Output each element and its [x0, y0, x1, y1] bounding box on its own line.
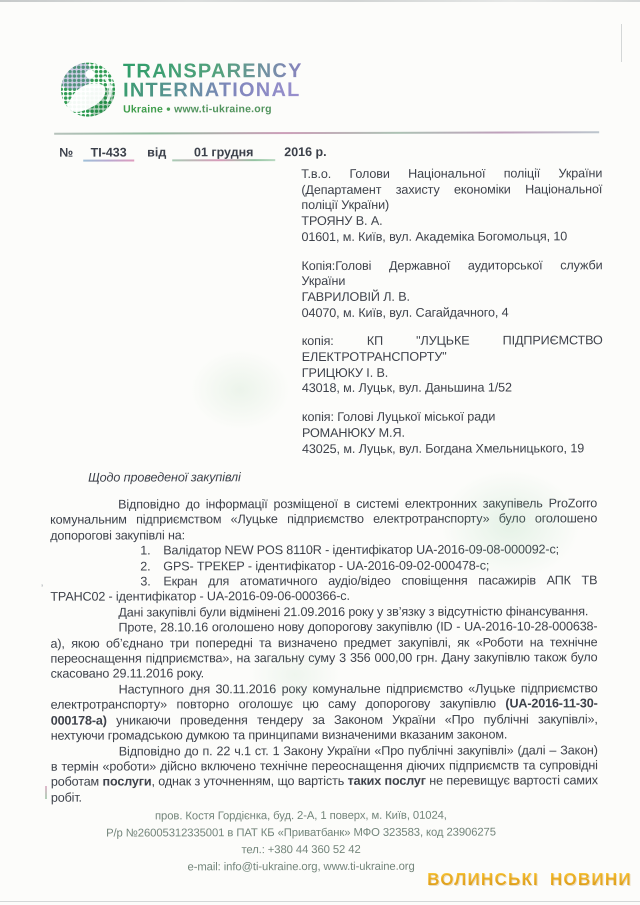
- scan-edge-artifact: [0, 901, 640, 902]
- org-tagline: Ukraine●www.ti-ukraine.org: [123, 103, 303, 115]
- recipient-line: копія: КП "ЛУЦЬКЕ ПІДПРИЄМСТВО: [302, 334, 603, 350]
- ref-date-value: 01 грудня: [172, 145, 275, 161]
- recipient-line: ЕЛЕКТРОТРАНСПОРТУ": [302, 349, 603, 365]
- recipient-block: копія: КП "ЛУЦЬКЕ ПІДПРИЄМСТВОЕЛЕКТРОТРА…: [302, 334, 603, 398]
- list-number: 2.: [95, 559, 163, 575]
- recipient-line: (Департамент захисту економіки Національ…: [301, 182, 602, 198]
- list-item: 3.Екран для атоматичного аудіо/відео спо…: [50, 573, 597, 605]
- org-country: Ukraine: [123, 103, 163, 115]
- body-paragraph: Проте, 28.10.16 оголошено нову допорогов…: [50, 620, 597, 683]
- scan-edge-artifact: [621, 24, 622, 62]
- list-item: 1.Валідатор NEW POS 8110R - ідентифікато…: [50, 542, 597, 559]
- letterhead: TRANSPARENCY INTERNATIONAL Ukraine●www.t…: [59, 60, 303, 119]
- recipient-line: копія: Голові Луцької міської ради: [302, 409, 603, 425]
- recipient-line: 43025, м. Луцьк, вул. Богдана Хмельницьк…: [302, 441, 603, 457]
- recipient-line: 04070, м. Київ, вул. Сагайдачного, 4: [302, 305, 603, 321]
- letterhead-divider: [54, 131, 599, 134]
- news-site-watermark: ВОЛИНСЬКІ НОВИНИ: [427, 869, 632, 890]
- list-item: 2.GPS- ТРЕКЕР - ідентифікатор - UA-2016-…: [50, 558, 597, 575]
- recipients: Т.в.о. Голови Національної поліції Украї…: [301, 166, 603, 470]
- recipient-block: Т.в.о. Голови Національної поліції Украї…: [301, 166, 602, 245]
- body-paragraph: Наступного дня 30.11.2016 року комунальн…: [51, 681, 598, 744]
- ref-number-symbol: №: [59, 146, 73, 160]
- recipient-line: Копія:Голові Державної аудиторської служ…: [301, 258, 602, 274]
- recipient-line: Т.в.о. Голови Національної поліції Украї…: [301, 166, 602, 182]
- recipient-line: ТРОЯНУ В. А.: [301, 213, 602, 229]
- recipient-block: Копія:Голові Державної аудиторської служ…: [301, 258, 602, 322]
- ref-line: №TI-433від01 грудня2016 р.: [59, 145, 326, 162]
- ref-year-suffix: 2016 р.: [284, 145, 326, 159]
- scan-speck-artifact: ʼ: [41, 584, 43, 595]
- bullet-separator-icon: ●: [163, 104, 174, 113]
- body-paragraph: Відповідно до п. 22 ч.1 ст. 1 Закону Укр…: [51, 743, 598, 806]
- footer-line: Р/р №26005312335001 в ПАТ КБ «Приватбанк…: [21, 824, 581, 842]
- scanned-letter-page: TRANSPARENCY INTERNATIONAL Ukraine●www.t…: [0, 0, 640, 905]
- list-number: 1.: [95, 544, 163, 560]
- recipient-line: поліції України): [301, 198, 602, 214]
- recipient-line: ГАВРИЛОВІЙ Л. В.: [302, 289, 603, 305]
- list-number: 3.: [95, 574, 163, 590]
- org-name-block: TRANSPARENCY INTERNATIONAL Ukraine●www.t…: [123, 60, 303, 115]
- recipient-line: 43018, м. Луцьк, вул. Даньшина 1/52: [302, 381, 603, 397]
- scan-speck-artifact: [45, 786, 47, 799]
- recipient-block: копія: Голові Луцької міської радиРОМАНЮ…: [302, 409, 603, 457]
- recipient-line: України: [302, 273, 603, 289]
- recipient-line: РОМАНЮКУ М.Я.: [302, 425, 603, 441]
- recipient-line: ГРИЦЮКУ І. В.: [302, 365, 603, 381]
- footer-line: тел.: +380 44 360 52 42: [21, 841, 581, 859]
- letter-content: TRANSPARENCY INTERNATIONAL Ukraine●www.t…: [0, 0, 640, 905]
- body-text: Відповідно до інформації розміщеної в си…: [50, 496, 598, 806]
- org-website: www.ti-ukraine.org: [174, 103, 272, 115]
- recipient-line: 01601, м. Київ, вул. Академіка Богомольц…: [301, 229, 602, 245]
- ref-date-label: від: [147, 145, 166, 159]
- body-paragraph: Відповідно до інформації розміщеної в си…: [50, 496, 597, 544]
- footer-line: пров. Костя Гордієнка, буд. 2-А, 1 повер…: [21, 807, 581, 825]
- footer-contact: пров. Костя Гордієнка, буд. 2-А, 1 повер…: [21, 807, 581, 876]
- subject-line: Щодо проведеної закупівлі: [88, 470, 241, 484]
- body-paragraph: Дані закупівлі були відмінені 21.09.2016…: [50, 604, 597, 621]
- ref-number-value: TI-433: [83, 145, 134, 161]
- org-name-line2: INTERNATIONAL: [123, 81, 303, 100]
- transparency-international-globe-icon: [59, 61, 117, 119]
